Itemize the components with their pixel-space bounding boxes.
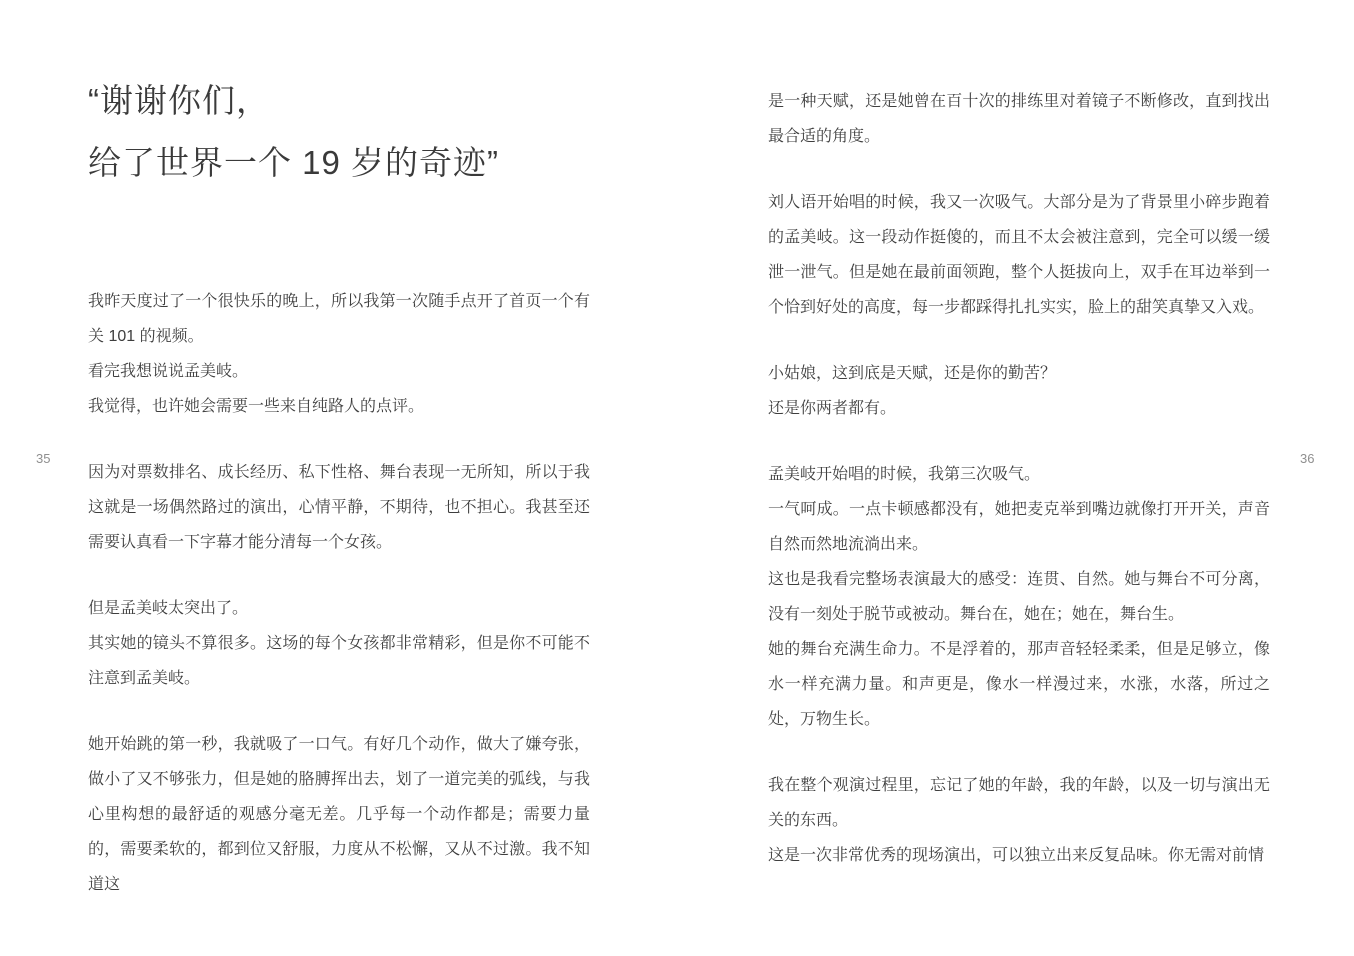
right-page-body: 是一种天赋，还是她曾在百十次的排练里对着镜子不断修改，直到找出最合适的角度。 刘…: [768, 84, 1270, 873]
paragraph: 她开始跳的第一秒，我就吸了一口气。有好几个动作，做大了嫌夸张，做小了又不够张力，…: [88, 727, 590, 902]
left-page: “谢谢你们， 给了世界一个 19 岁的奇迹” 我昨天度过了一个很快乐的晚上，所以…: [88, 0, 590, 933]
page-number-left: 35: [36, 451, 50, 466]
paragraph: 是一种天赋，还是她曾在百十次的排练里对着镜子不断修改，直到找出最合适的角度。: [768, 84, 1270, 154]
book-spread: 35 36 “谢谢你们， 给了世界一个 19 岁的奇迹” 我昨天度过了一个很快乐…: [0, 0, 1354, 956]
paragraph: 我昨天度过了一个很快乐的晚上，所以我第一次随手点开了首页一个有关 101 的视频…: [88, 284, 590, 424]
paragraph: 因为对票数排名、成长经历、私下性格、舞台表现一无所知，所以于我这就是一场偶然路过…: [88, 455, 590, 560]
right-page: 是一种天赋，还是她曾在百十次的排练里对着镜子不断修改，直到找出最合适的角度。 刘…: [768, 0, 1270, 904]
paragraph: 小姑娘，这到底是天赋，还是你的勤苦？ 还是你两者都有。: [768, 356, 1270, 426]
left-page-body: 我昨天度过了一个很快乐的晚上，所以我第一次随手点开了首页一个有关 101 的视频…: [88, 284, 590, 902]
page-number-right: 36: [1300, 451, 1314, 466]
paragraph: 我在整个观演过程里，忘记了她的年龄，我的年龄，以及一切与演出无关的东西。 这是一…: [768, 768, 1270, 873]
paragraph: 刘人语开始唱的时候，我又一次吸气。大部分是为了背景里小碎步跑着的孟美岐。这一段动…: [768, 185, 1270, 325]
chapter-title: “谢谢你们， 给了世界一个 19 岁的奇迹”: [88, 70, 590, 194]
paragraph: 但是孟美岐太突出了。 其实她的镜头不算很多。这场的每个女孩都非常精彩，但是你不可…: [88, 591, 590, 696]
paragraph: 孟美岐开始唱的时候，我第三次吸气。 一气呵成。一点卡顿感都没有，她把麦克举到嘴边…: [768, 457, 1270, 737]
